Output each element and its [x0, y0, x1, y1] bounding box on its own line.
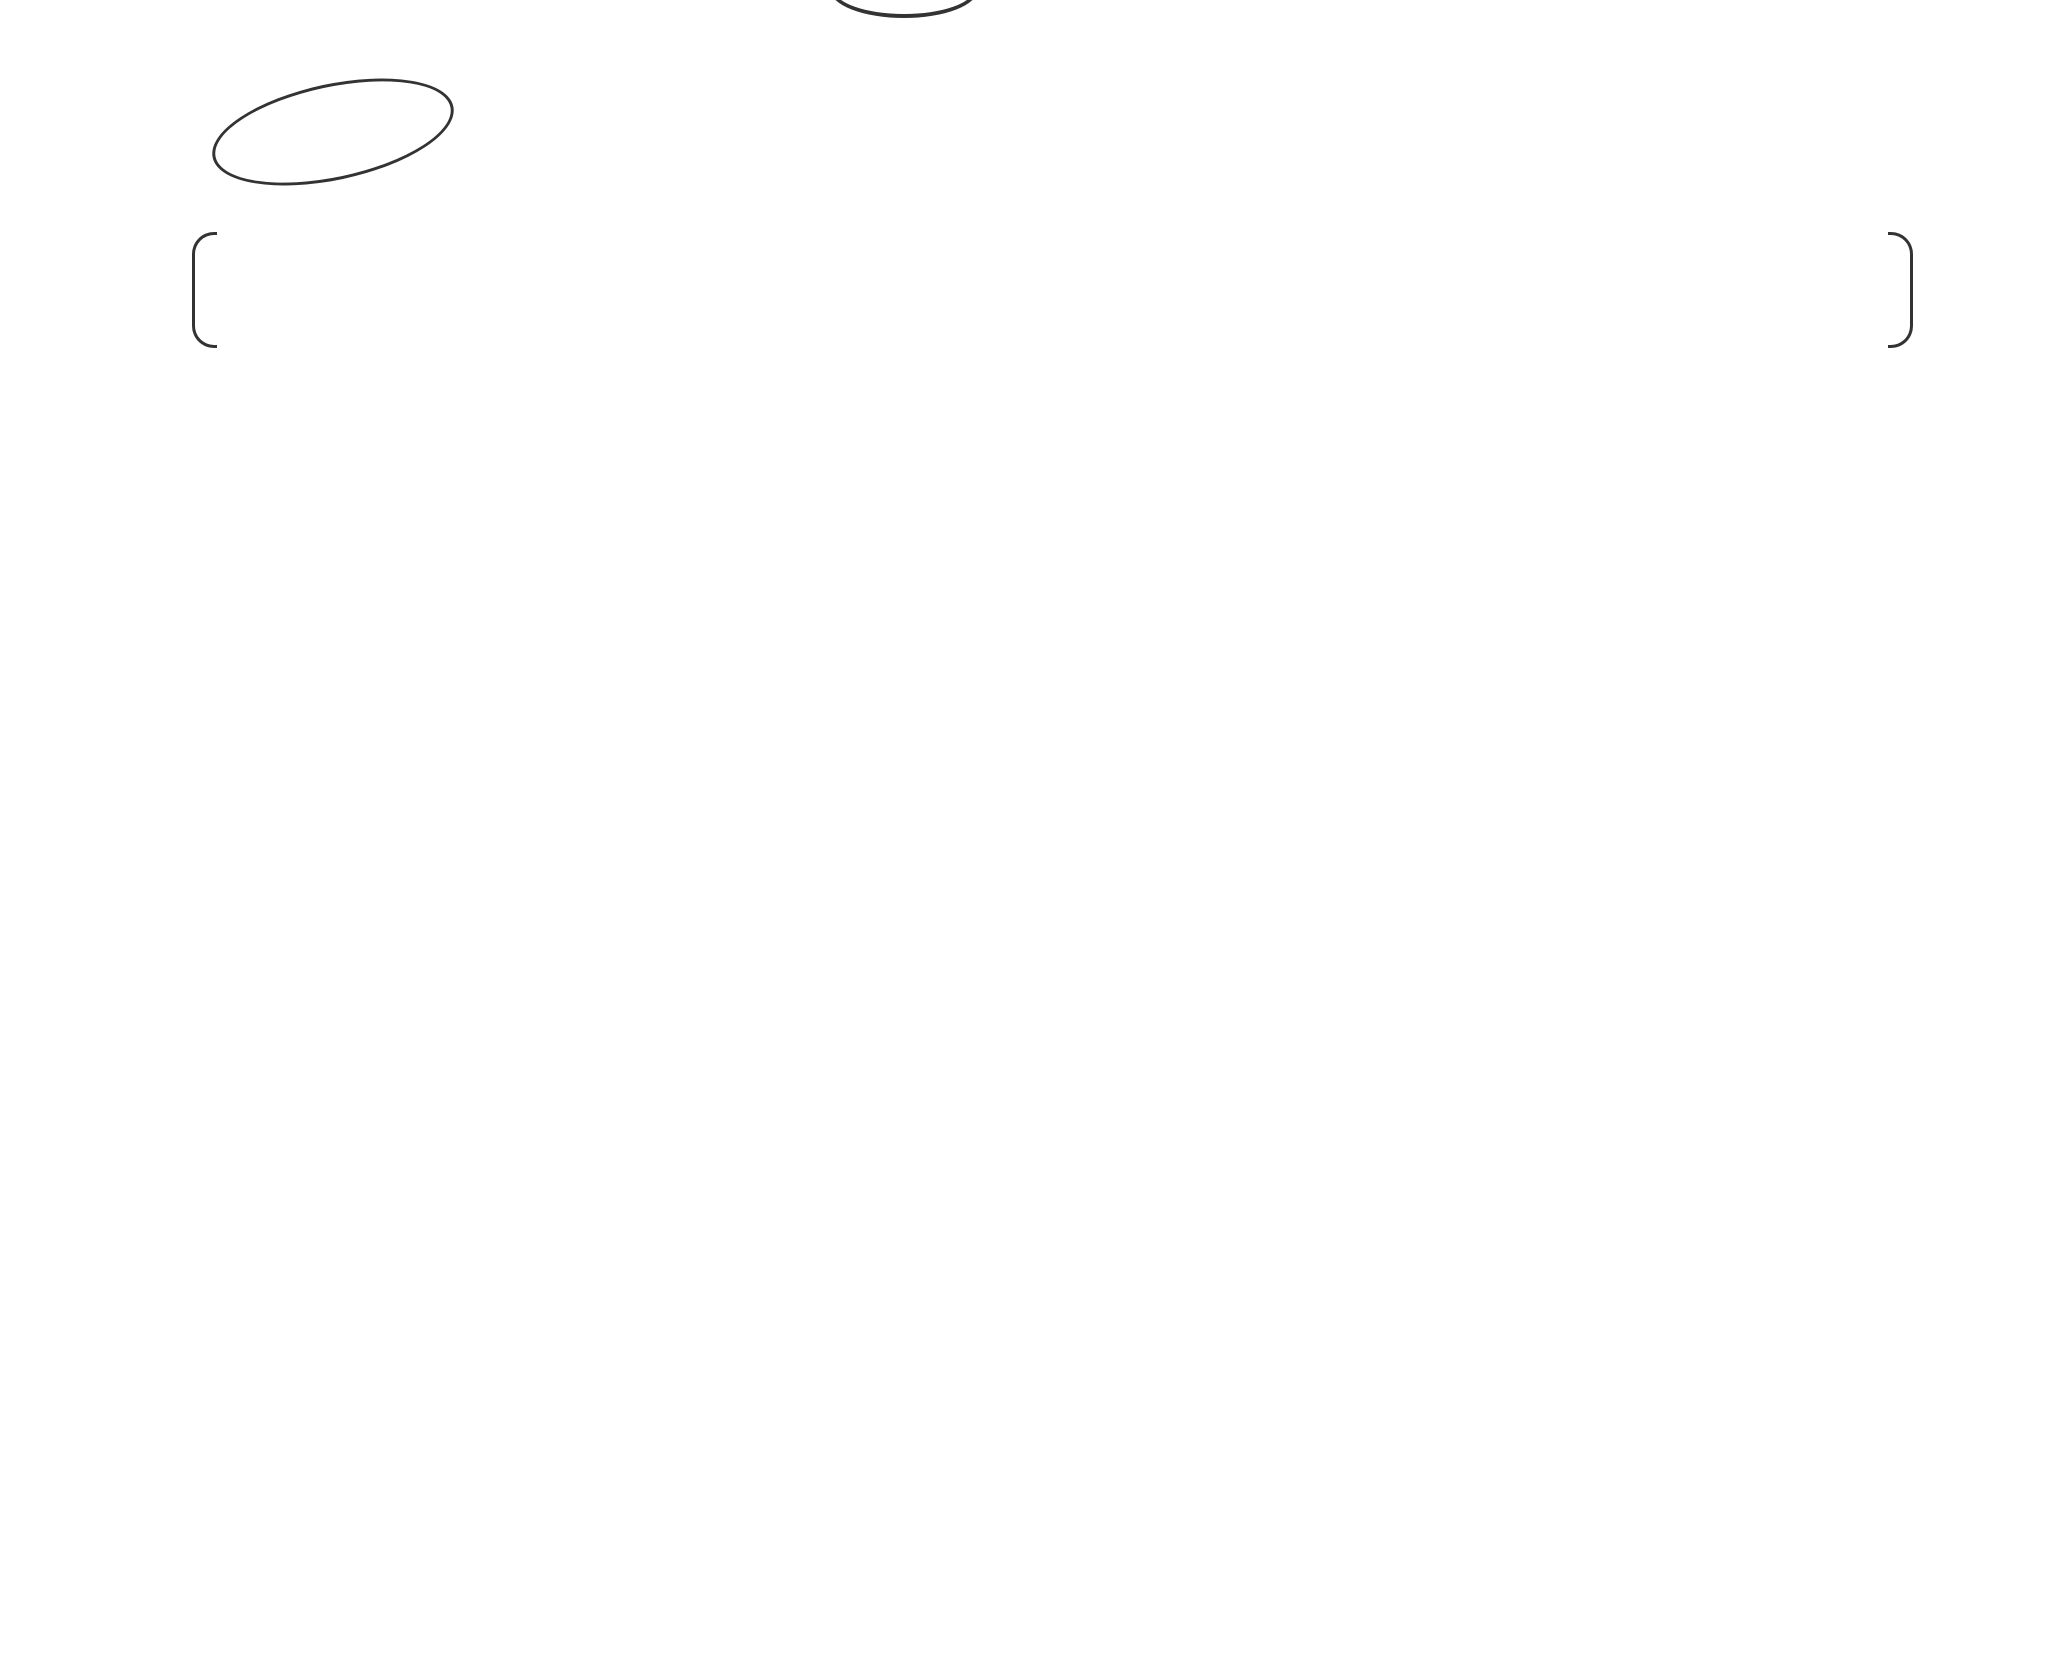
selected-circle-mark [203, 59, 464, 204]
question-1-title [30, 42, 118, 88]
circle-mark-fragment [830, 0, 978, 18]
question-2-options [135, 480, 1735, 525]
answer-box-left-bracket [192, 232, 217, 348]
answer-box-right-bracket [1888, 232, 1913, 348]
question-1-followup [110, 180, 190, 220]
question-2-title [30, 392, 118, 438]
